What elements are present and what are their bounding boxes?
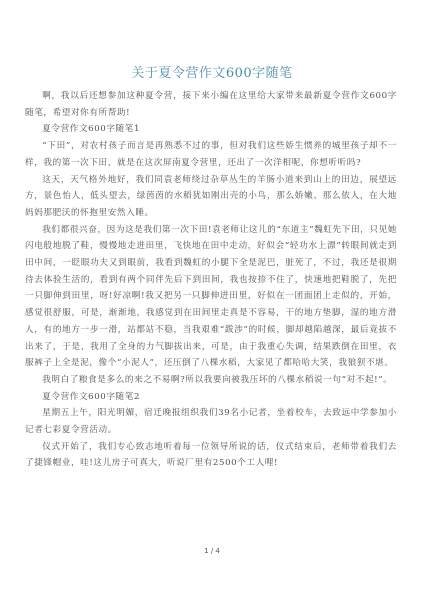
page-number: 1 / 4 <box>0 547 424 555</box>
section-heading-2: 夏令营作文600字随笔2 <box>25 389 397 406</box>
document-page: 关于夏令营作文600字随笔 啊，我以后还想参加这种夏令营，接下来小编在这里给大家… <box>0 0 424 600</box>
section-heading-1: 夏令营作文600字随笔1 <box>25 121 397 138</box>
body-paragraph: 这天，天气格外地好，我们同袁老师绕过杂草丛生的羊肠小道来到山上的田边，展望远方，… <box>25 172 397 222</box>
body-paragraph: 我明白了粮食是多么的来之不易啊?所以我要向被我压坏的八棵水稻说一句“对不起!”。 <box>25 372 397 389</box>
body-paragraph: “下田”，对农村孩子而言是再熟悉不过的事，但对我们这些娇生惯养的城里孩子却不一样… <box>25 138 397 171</box>
document-body: 啊，我以后还想参加这种夏令营，接下来小编在这里给大家带来最新夏令营作文600字随… <box>25 88 397 472</box>
body-paragraph: 我们都很兴奋，因为这是我们第一次下田!袁老师让这儿的“东道主”魏虹先下田，只见她… <box>25 222 397 372</box>
intro-paragraph: 啊，我以后还想参加这种夏令营，接下来小编在这里给大家带来最新夏令营作文600字随… <box>25 88 397 121</box>
body-paragraph: 仪式开始了，我们专心致志地听着每一位领导所说的话，仪式结束后，老师带着我们去了捷… <box>25 439 397 472</box>
document-title: 关于夏令营作文600字随笔 <box>0 62 424 81</box>
body-paragraph: 星期五上午，阳光明媚，宿迁晚报组织我们39名小记者，坐着校车，去致远中学参加小记… <box>25 405 397 438</box>
